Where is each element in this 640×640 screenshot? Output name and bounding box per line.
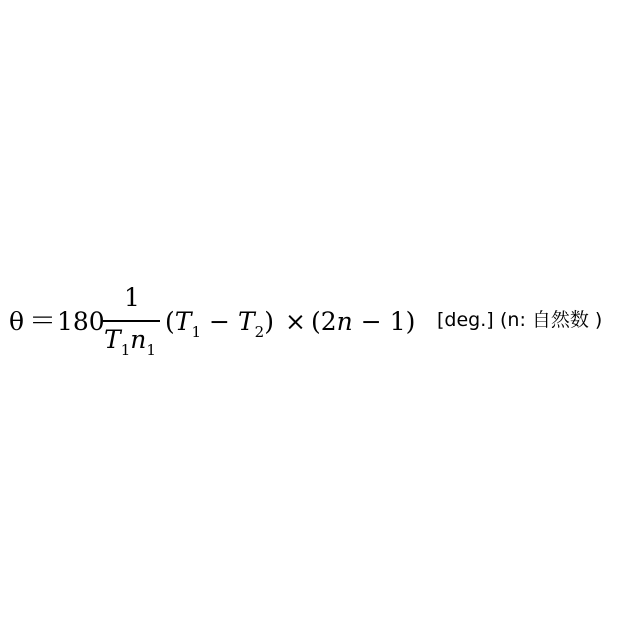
term-t1-minus-t2: (T1−T2) [165, 309, 274, 334]
fraction-numerator: 1 [124, 285, 140, 310]
theta-symbol: θ [9, 309, 24, 334]
term-2n-minus-1: (2n−1) [311, 309, 415, 334]
formula: θ ＝ 180 1 T1n1 (T1−T2) × (2n−1) [deg.] (… [0, 0, 640, 640]
unit-label: [deg.] [437, 311, 494, 330]
fraction-bar [103, 320, 160, 322]
equals-sign: ＝ [29, 308, 56, 335]
natural-number-note: (n: 自然数 ) [500, 311, 602, 330]
fraction-denominator: T1n1 [104, 327, 156, 352]
times-sign: × [285, 309, 306, 334]
coefficient: 180 [57, 309, 105, 334]
